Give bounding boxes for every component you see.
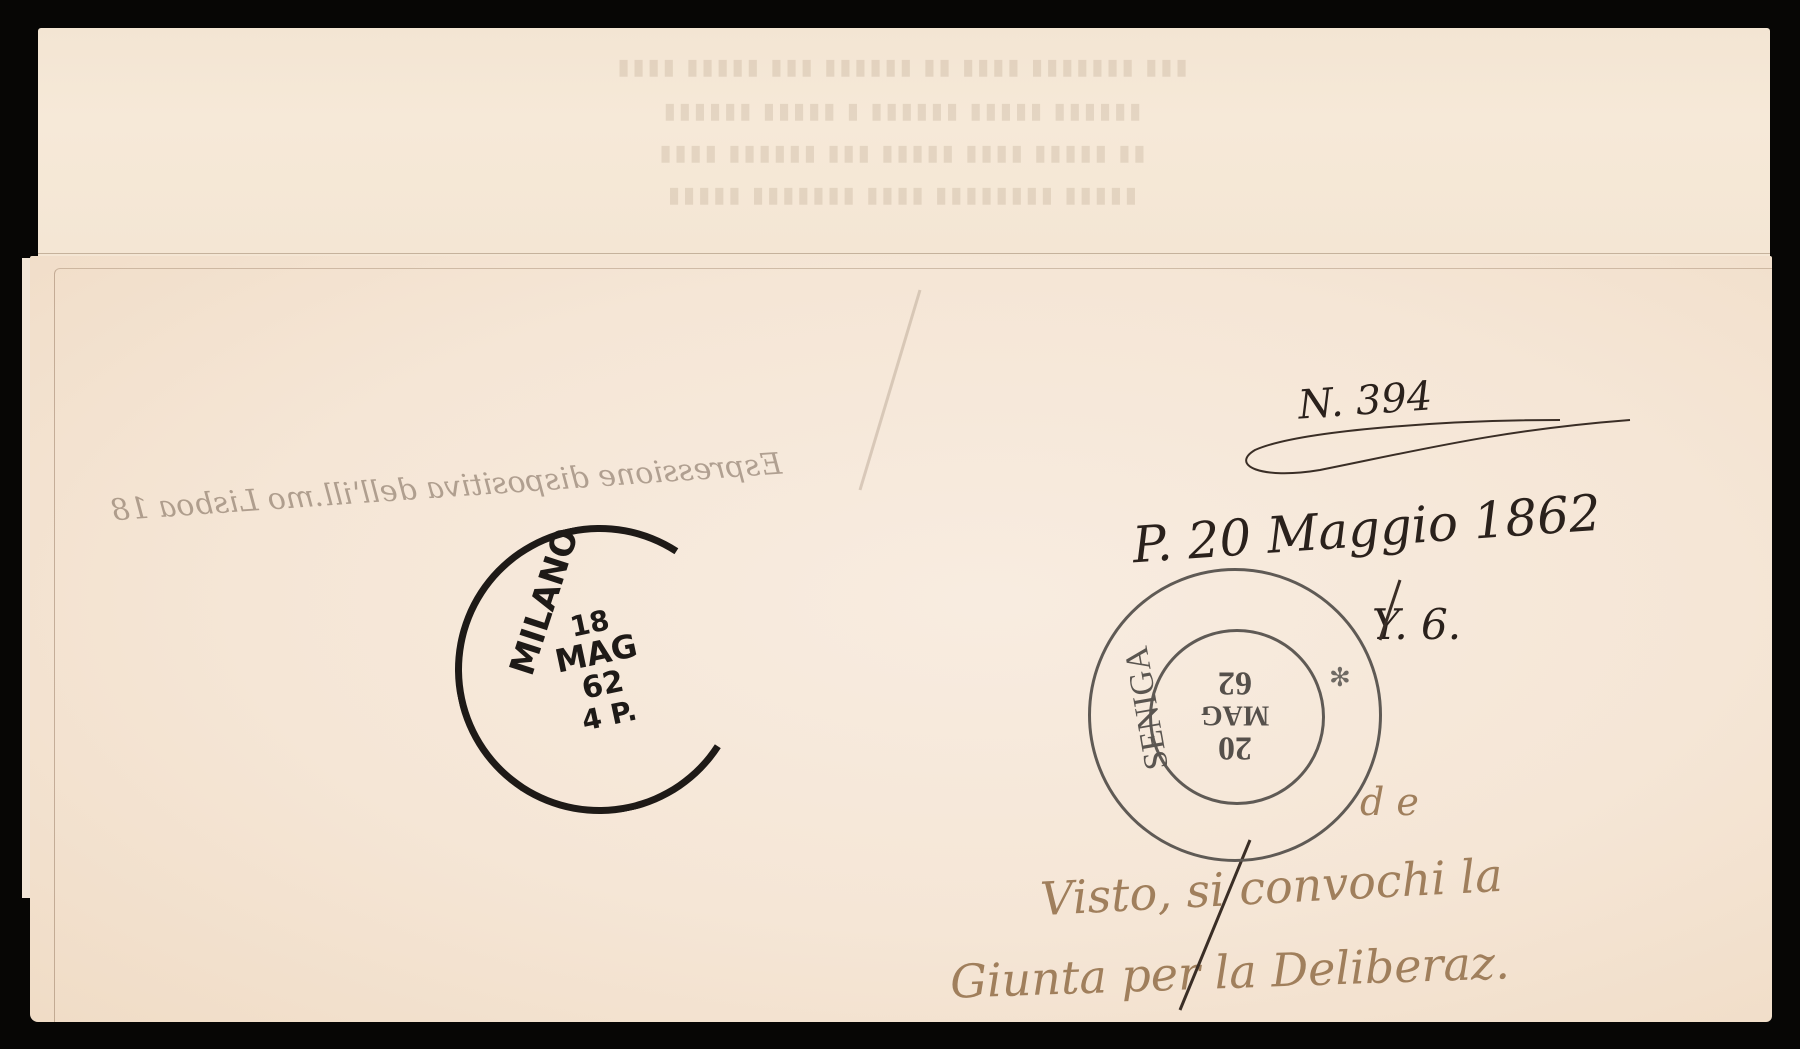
postmark-date: 20 MAG 62 <box>1201 665 1269 766</box>
rosette-ornament-icon: ✻ <box>1329 663 1351 693</box>
postmark-month: MAG <box>1201 700 1269 729</box>
postmark-day: 20 <box>1201 730 1269 766</box>
seniga-postmark: SENIGA 20 MAG 62 ✻ <box>1088 568 1382 862</box>
postmark-year: 62 <box>1201 665 1269 701</box>
pen-flourishes <box>0 0 1800 1049</box>
postmark-date: 18 MAG 62 4 P. <box>546 600 653 738</box>
